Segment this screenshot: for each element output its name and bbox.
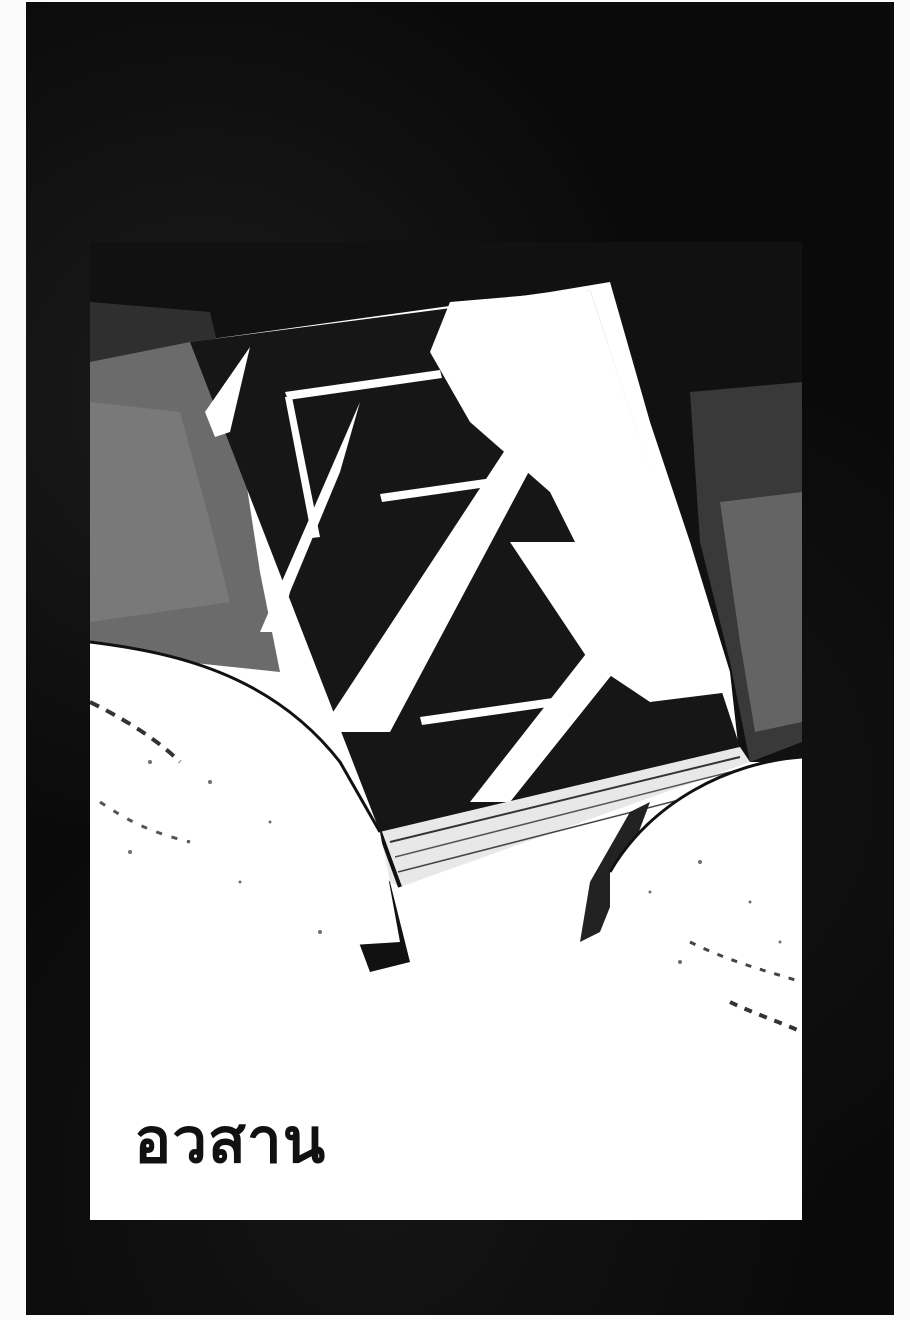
ending-caption: อวสาน [134,1110,326,1172]
illustration-panel: อวสาน [90,242,802,1220]
manga-page: อวสาน [0,0,910,1320]
black-border-panel: อวสาน [26,2,894,1315]
book-illustration [90,242,802,1220]
